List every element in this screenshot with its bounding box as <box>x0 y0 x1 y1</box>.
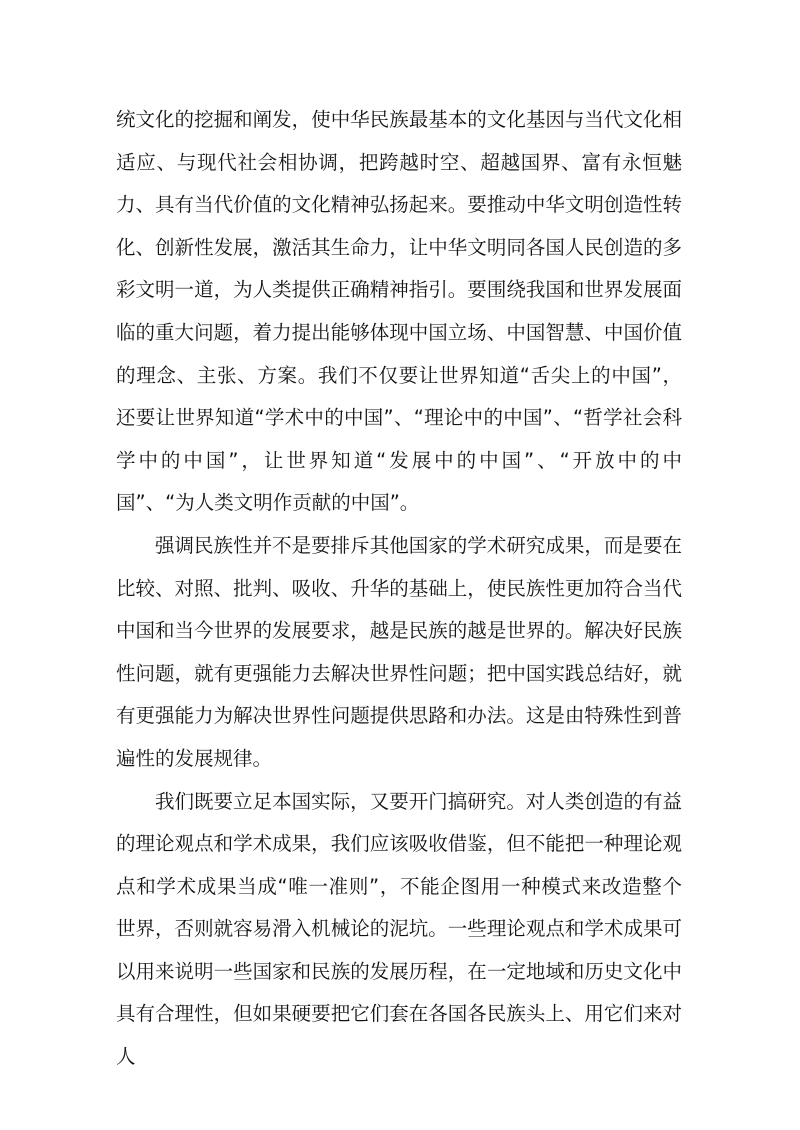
document-text-block: 统文化的挖掘和阐发，使中华民族最基本的文化基因与当代文化相适应、与现代社会相协调… <box>116 99 682 1079</box>
paragraph-2: 强调民族性并不是要排斥其他国家的学术研究成果，而是要在比较、对照、批判、吸收、升… <box>116 525 682 781</box>
document-page: 统文化的挖掘和阐发，使中华民族最基本的文化基因与当代文化相适应、与现代社会相协调… <box>0 0 800 1130</box>
paragraph-3: 我们既要立足本国实际，又要开门搞研究。对人类创造的有益的理论观点和学术成果，我们… <box>116 781 682 1079</box>
paragraph-1: 统文化的挖掘和阐发，使中华民族最基本的文化基因与当代文化相适应、与现代社会相协调… <box>116 99 682 525</box>
